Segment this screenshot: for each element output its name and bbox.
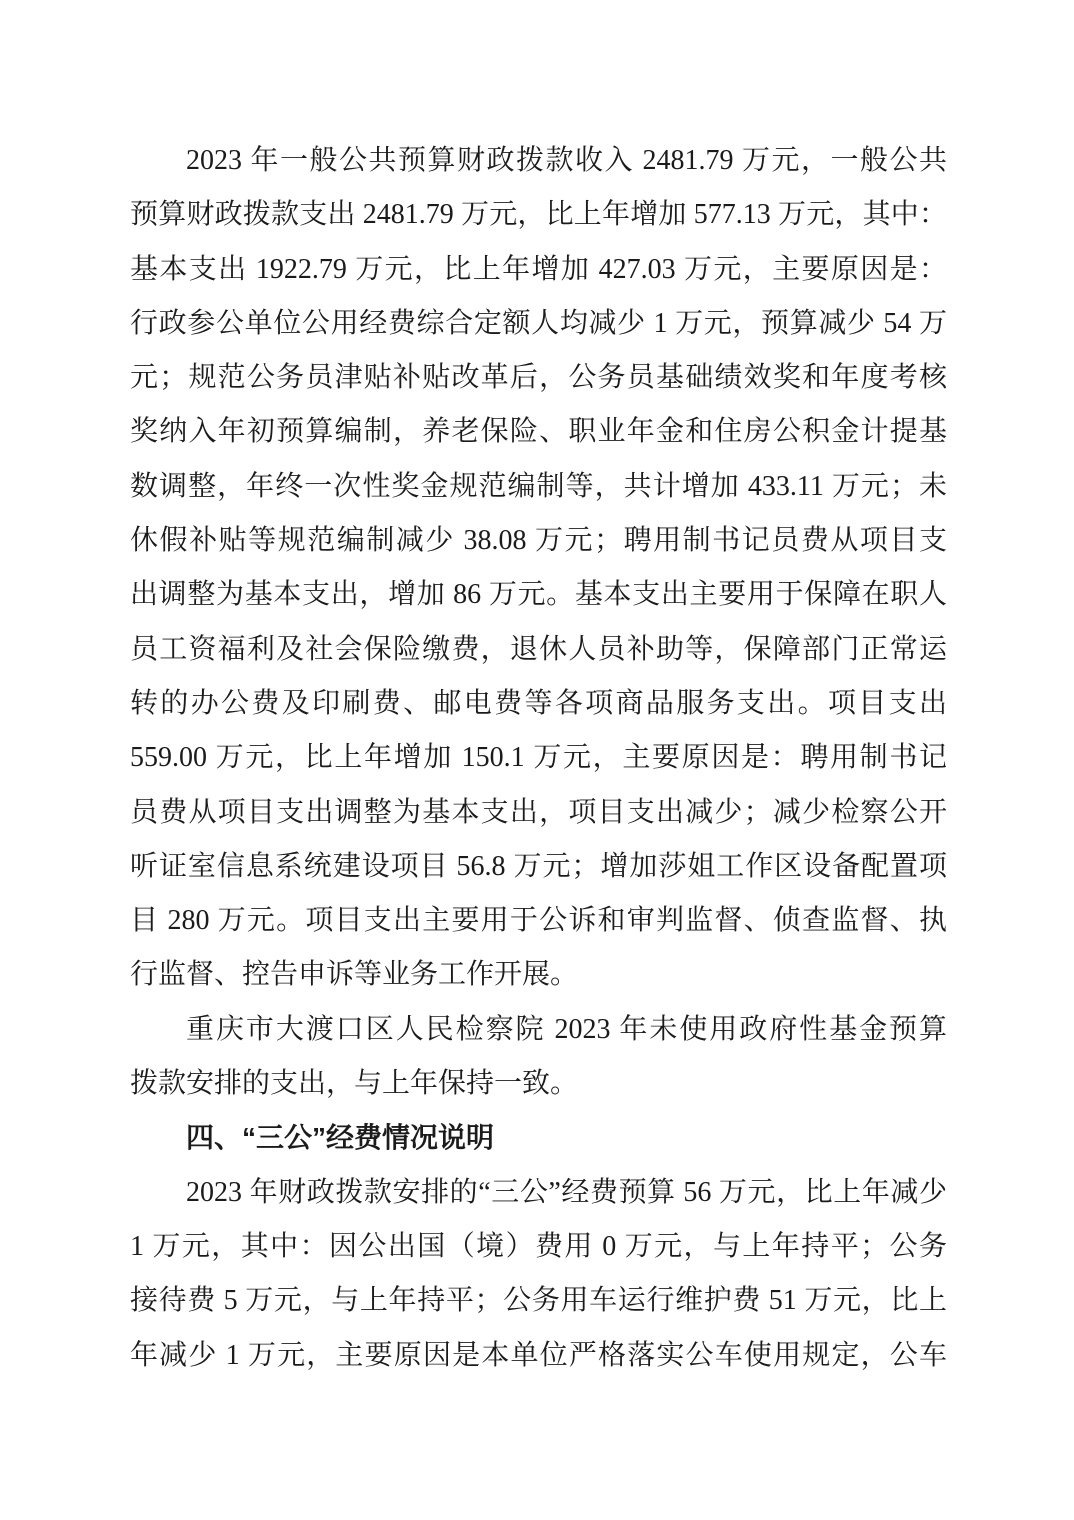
text-line: 年减少 1 万元，主要原因是本单位严格落实公车使用规定，公车	[130, 1329, 947, 1383]
paragraph: 2023 年财政拨款安排的“三公”经费预算 56 万元，比上年减少1 万元，其中…	[130, 1166, 947, 1383]
text-line: 休假补贴等规范编制减少 38.08 万元；聘用制书记员费从项目支	[130, 514, 947, 568]
text-line: 出调整为基本支出，增加 86 万元。基本支出主要用于保障在职人	[130, 568, 947, 622]
section-heading: 四、“三公”经费情况说明	[130, 1111, 947, 1165]
paragraph: 重庆市大渡口区人民检察院 2023 年未使用政府性基金预算拨款安排的支出，与上年…	[130, 1003, 947, 1112]
text-line: 559.00 万元，比上年增加 150.1 万元，主要原因是：聘用制书记	[130, 731, 947, 785]
text-line: 2023 年财政拨款安排的“三公”经费预算 56 万元，比上年减少	[130, 1166, 947, 1220]
text-line: 2023 年一般公共预算财政拨款收入 2481.79 万元，一般公共	[130, 134, 947, 188]
text-line: 接待费 5 万元，与上年持平；公务用车运行维护费 51 万元，比上	[130, 1274, 947, 1328]
paragraph: 2023 年一般公共预算财政拨款收入 2481.79 万元，一般公共预算财政拨款…	[130, 134, 947, 1003]
text-line: 四、“三公”经费情况说明	[130, 1111, 947, 1165]
text-line: 奖纳入年初预算编制，养老保险、职业年金和住房公积金计提基	[130, 405, 947, 459]
document-page: 2023 年一般公共预算财政拨款收入 2481.79 万元，一般公共预算财政拨款…	[0, 0, 1074, 1520]
text-line: 转的办公费及印刷费、邮电费等各项商品服务支出。项目支出	[130, 677, 947, 731]
text-line: 1 万元，其中：因公出国（境）费用 0 万元，与上年持平；公务	[130, 1220, 947, 1274]
text-line: 员费从项目支出调整为基本支出，项目支出减少；减少检察公开	[130, 786, 947, 840]
text-line: 基本支出 1922.79 万元，比上年增加 427.03 万元，主要原因是：	[130, 243, 947, 297]
text-line: 元；规范公务员津贴补贴改革后，公务员基础绩效奖和年度考核	[130, 351, 947, 405]
text-line: 重庆市大渡口区人民检察院 2023 年未使用政府性基金预算	[130, 1003, 947, 1057]
text-line: 行政参公单位公用经费综合定额人均减少 1 万元，预算减少 54 万	[130, 297, 947, 351]
text-line: 数调整，年终一次性奖金规范编制等，共计增加 433.11 万元；未	[130, 460, 947, 514]
text-line: 目 280 万元。项目支出主要用于公诉和审判监督、侦查监督、执	[130, 894, 947, 948]
text-line: 行监督、控告申诉等业务工作开展。	[130, 948, 947, 1002]
text-line: 拨款安排的支出，与上年保持一致。	[130, 1057, 947, 1111]
document-content: 2023 年一般公共预算财政拨款收入 2481.79 万元，一般公共预算财政拨款…	[130, 134, 947, 1383]
text-line: 员工资福利及社会保险缴费，退休人员补助等，保障部门正常运	[130, 623, 947, 677]
text-line: 预算财政拨款支出 2481.79 万元，比上年增加 577.13 万元，其中：	[130, 188, 947, 242]
text-line: 听证室信息系统建设项目 56.8 万元；增加莎姐工作区设备配置项	[130, 840, 947, 894]
